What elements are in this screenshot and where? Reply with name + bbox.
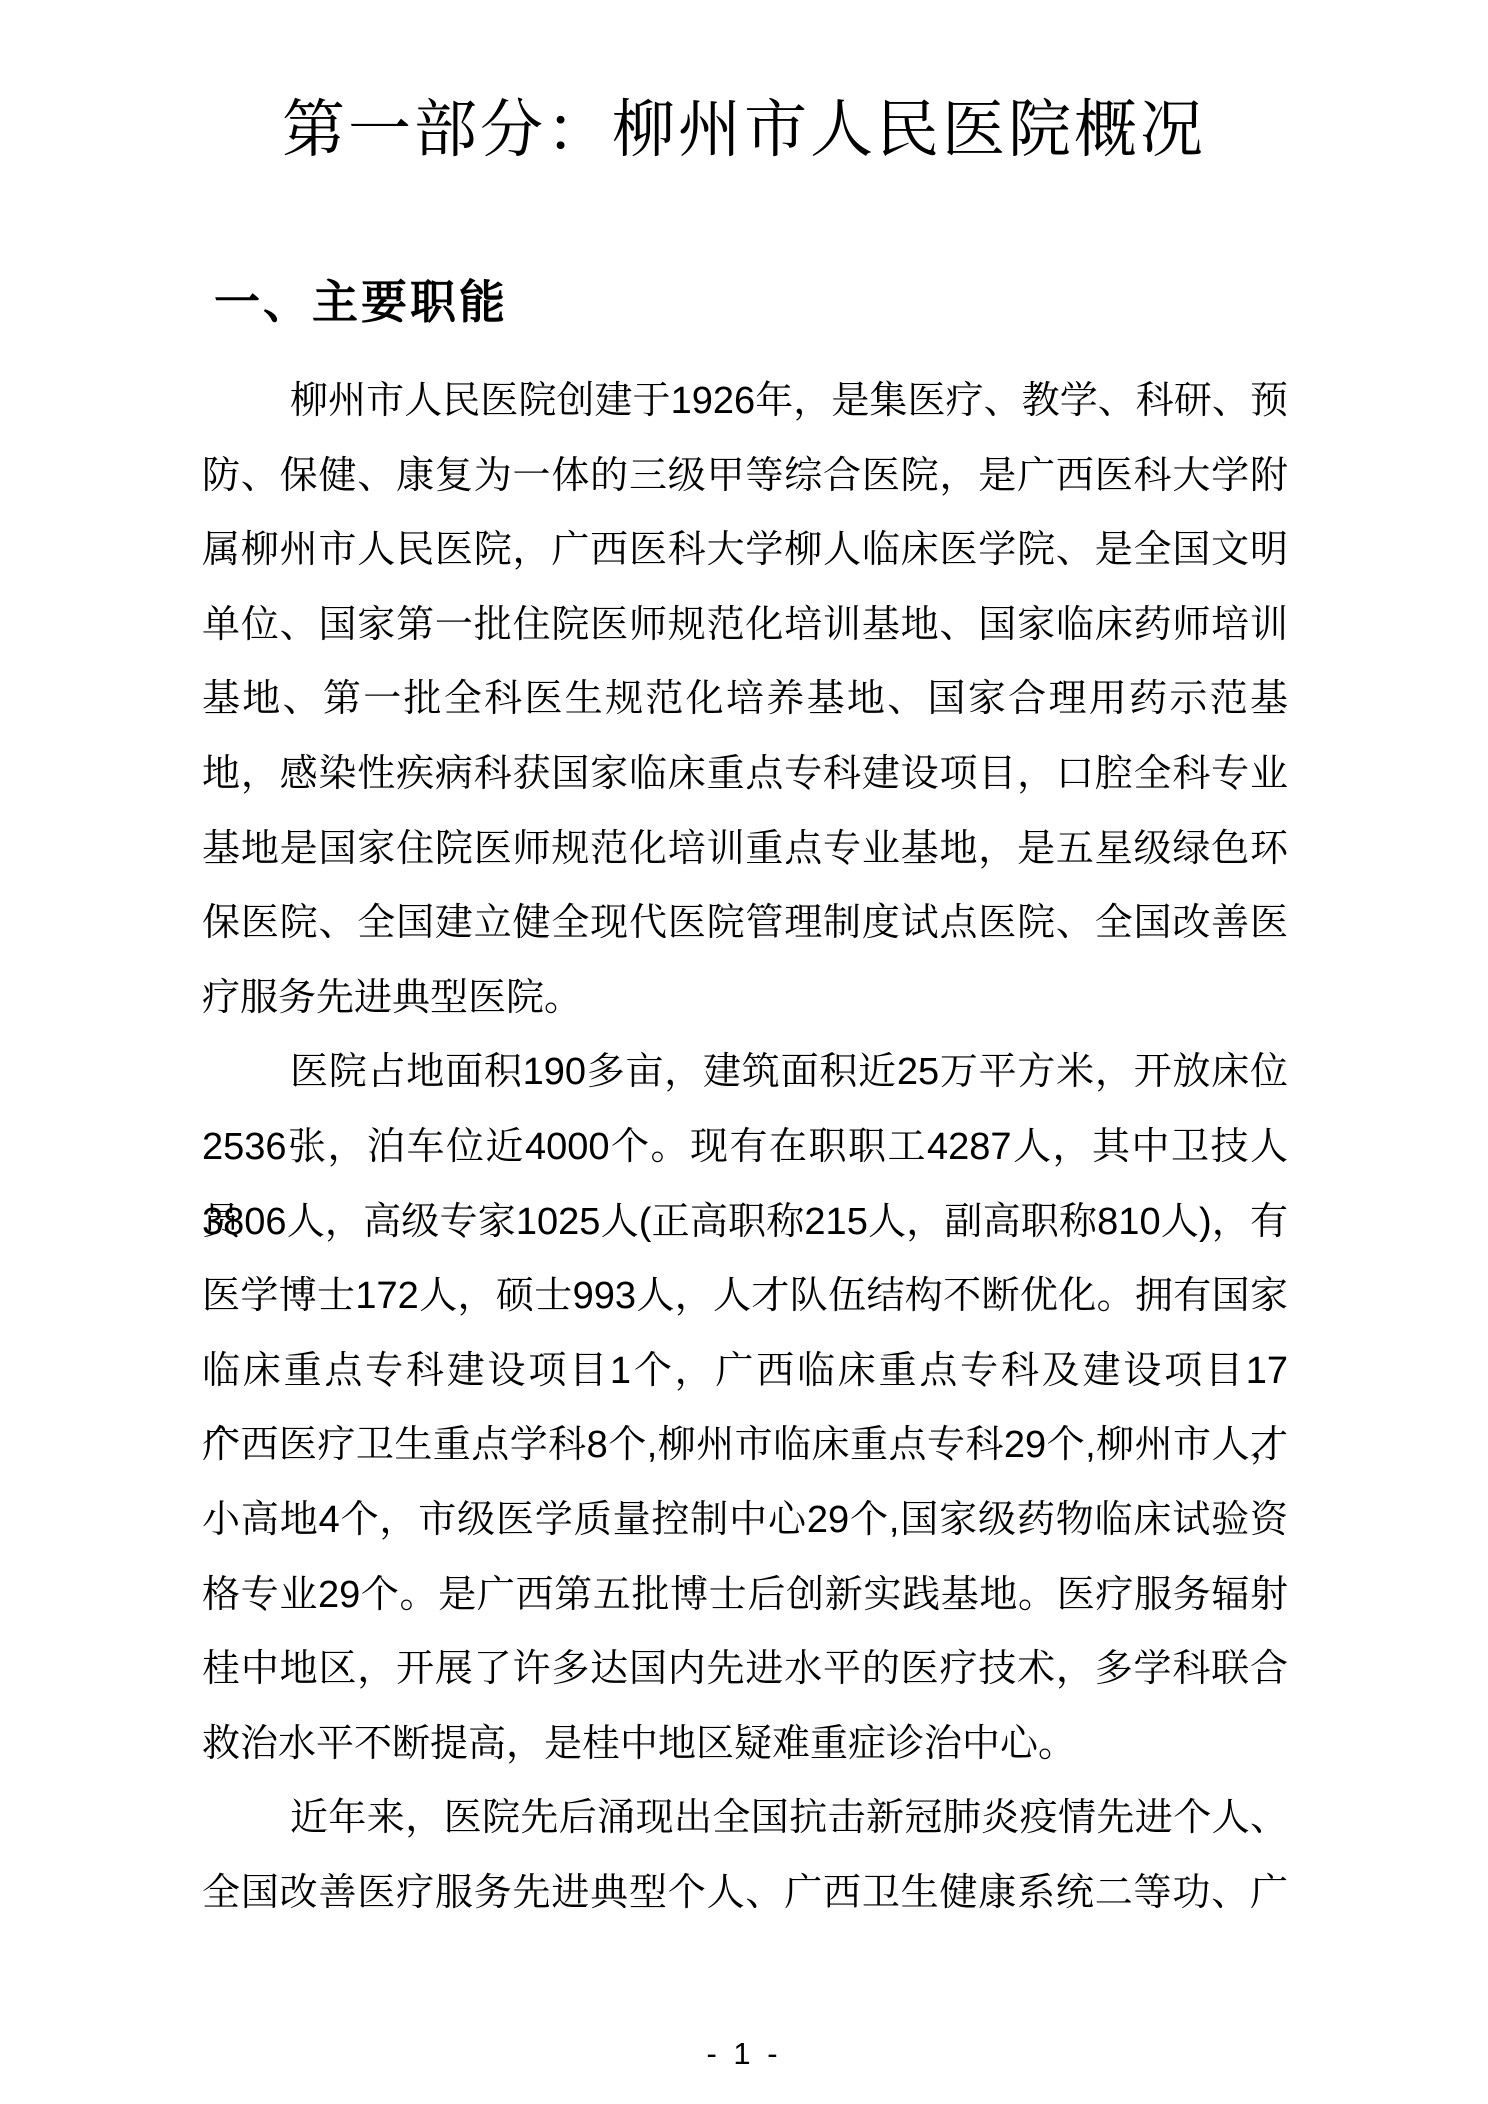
body-line: 地，感染性疾病科获国家临床重点专科建设项目，口腔全科专业 xyxy=(202,737,1288,812)
body-line: 医学博士172人，硕士993人，人才队伍结构不断优化。拥有国家 xyxy=(202,1259,1288,1334)
body-line: 医院占地面积190多亩，建筑面积近25万平方米，开放床位 xyxy=(202,1035,1288,1110)
body-line: 桂中地区，开展了许多达国内先进水平的医疗技术，多学科联合 xyxy=(202,1632,1288,1707)
body-line: 基地是国家住院医师规范化培训重点专业基地，是五星级绿色环 xyxy=(202,812,1288,887)
body-line: 小高地4个，市级医学质量控制中心29个,国家级药物临床试验资 xyxy=(202,1483,1288,1558)
body-line: 属柳州市人民医院，广西医科大学柳人临床医学院、是全国文明 xyxy=(202,513,1288,588)
body-line: 单位、国家第一批住院医师规范化培训基地、国家临床药师培训 xyxy=(202,588,1288,663)
body-line: 救治水平不断提高，是桂中地区疑难重症诊治中心。 xyxy=(202,1707,1288,1782)
body-line: 格专业29个。是广西第五批博士后创新实践基地。医疗服务辐射 xyxy=(202,1558,1288,1633)
page-number: - 1 - xyxy=(0,2034,1488,2074)
body-line: 广西医疗卫生重点学科8个,柳州市临床重点专科29个,柳州市人才 xyxy=(202,1408,1288,1483)
body-line: 保医院、全国建立健全现代医院管理制度试点医院、全国改善医 xyxy=(202,886,1288,961)
body-line: 疗服务先进典型医院。 xyxy=(202,961,1288,1036)
body-line: 基地、第一批全科医生规范化培养基地、国家合理用药示范基 xyxy=(202,662,1288,737)
body-line: 临床重点专科建设项目1个，广西临床重点专科及建设项目17个， xyxy=(202,1334,1288,1409)
body-line: 2536张，泊车位近4000个。现有在职职工4287人，其中卫技人员 xyxy=(202,1110,1288,1185)
document-page: 第一部分：柳州市人民医院概况 一、主要职能 柳州市人民医院创建于1926年，是集… xyxy=(0,0,1488,2104)
document-body: 柳州市人民医院创建于1926年，是集医疗、教学、科研、预 防、保健、康复为一体的… xyxy=(202,364,1288,1930)
body-line: 防、保健、康复为一体的三级甲等综合医院，是广西医科大学附 xyxy=(202,439,1288,514)
body-line: 全国改善医疗服务先进典型个人、广西卫生健康系统二等功、广 xyxy=(202,1856,1288,1931)
section-heading: 一、主要职能 xyxy=(214,272,508,332)
body-line: 3806人，高级专家1025人(正高职称215人，副高职称810人)，有 xyxy=(202,1185,1288,1260)
body-line: 柳州市人民医院创建于1926年，是集医疗、教学、科研、预 xyxy=(202,364,1288,439)
body-line: 近年来，医院先后涌现出全国抗击新冠肺炎疫情先进个人、 xyxy=(202,1781,1288,1856)
document-title: 第一部分：柳州市人民医院概况 xyxy=(0,90,1488,170)
